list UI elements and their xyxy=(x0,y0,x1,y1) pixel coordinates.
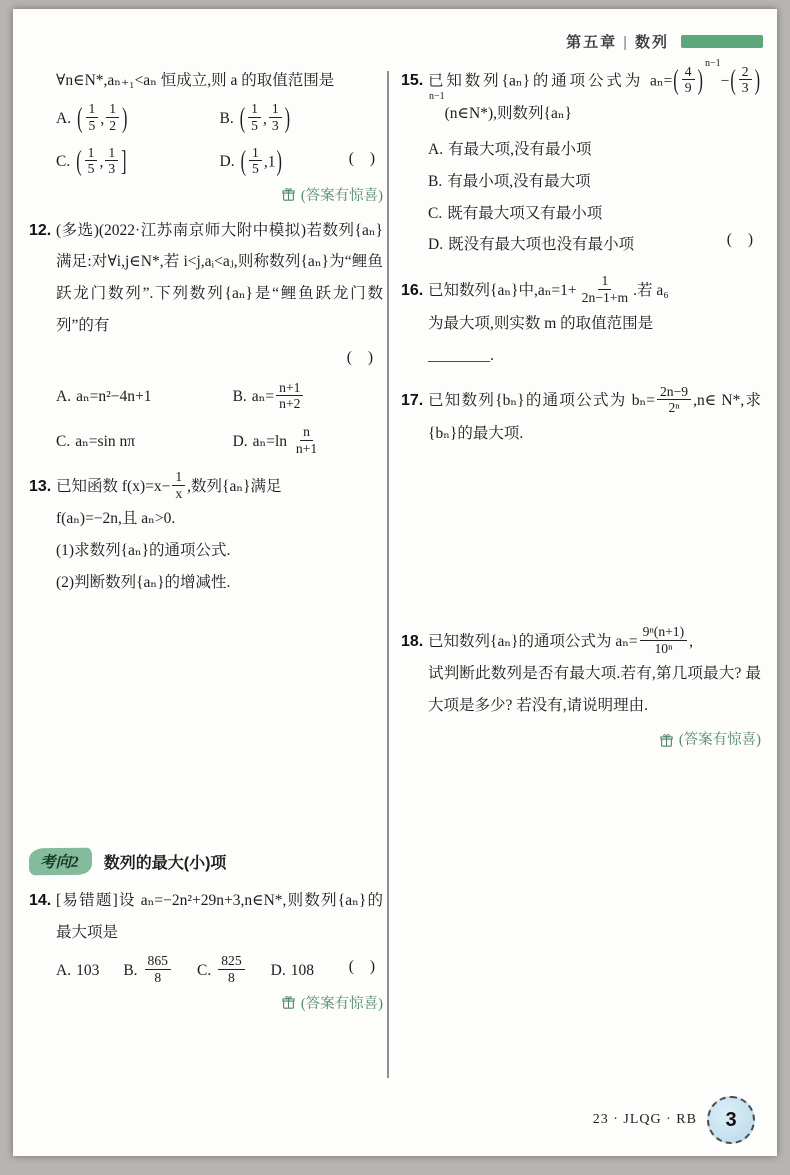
fraction: 9ⁿ(n+1)10ⁿ xyxy=(640,624,688,656)
problem-number: 14. xyxy=(29,885,56,917)
close-bracket: ] xyxy=(121,134,126,192)
problem-17: 17. 已知数列{bₙ}的通项公式为 bₙ=2n−92ⁿ,n∈ N*,求{bₙ}… xyxy=(401,385,761,449)
problem-number: 12. xyxy=(29,215,56,247)
answer-hint: (答案有惊喜) xyxy=(29,184,383,205)
option-text: aₙ=sin nπ xyxy=(75,433,135,450)
numerator: 1 xyxy=(248,101,261,118)
open-paren: ( xyxy=(241,134,246,192)
text: .若 a₆ xyxy=(633,282,669,299)
open-paren: ( xyxy=(673,52,678,110)
denominator: 10ⁿ xyxy=(651,641,675,657)
denominator: 5 xyxy=(85,161,98,177)
option-pre: aₙ= xyxy=(252,388,274,405)
header-accent-bar xyxy=(681,35,763,48)
problem-13-line1: 已知函数 f(x)=x−1x,数列{aₙ}满足 xyxy=(56,471,383,504)
numerator: 2 xyxy=(739,64,752,81)
exponent: n−1 xyxy=(429,91,445,102)
numerator: 1 xyxy=(85,145,98,162)
text: 已知数列{aₙ}中,aₙ=1+ xyxy=(428,282,577,299)
text: 已知数列{aₙ}的通项公式为 aₙ= xyxy=(428,633,638,650)
open-paren: ( xyxy=(76,134,81,192)
option-label: B. xyxy=(220,110,234,127)
option-text: 103 xyxy=(76,962,99,979)
problem-12-body: (多选)(2022·江苏南京师大附中模拟)若数列{aₙ}满足:对∀i,j∈N*,… xyxy=(56,215,383,459)
option-c: C.既有最大项又有最小项 xyxy=(428,198,761,230)
exponent: n−1 xyxy=(705,58,721,69)
problem-17-body: 已知数列{bₙ}的通项公式为 bₙ=2n−92ⁿ,n∈ N*,求{bₙ}的最大项… xyxy=(428,385,761,449)
option-d: D.108 xyxy=(271,955,314,987)
denominator: 8 xyxy=(151,970,164,986)
fraction: nn+1 xyxy=(293,424,320,456)
option-label: C. xyxy=(56,433,70,450)
chapter-label: 第五章 xyxy=(566,34,617,51)
fraction: 8658 xyxy=(145,953,171,985)
comma: , xyxy=(99,153,103,170)
option-label: A. xyxy=(56,388,71,405)
numerator: 1 xyxy=(106,101,119,118)
text: 已知函数 f(x)=x− xyxy=(56,478,170,495)
problem-12: 12. (多选)(2022·江苏南京师大附中模拟)若数列{aₙ}满足:对∀i,j… xyxy=(29,215,383,459)
problem-number: 18. xyxy=(401,626,428,658)
answer-paren: ( ) xyxy=(727,224,759,256)
option-text: 有最大项,没有最小项 xyxy=(448,141,591,158)
option-c: C.aₙ=sin nπ xyxy=(56,426,233,459)
numerator: n+1 xyxy=(276,380,303,397)
option-label: D. xyxy=(220,153,235,170)
period: . xyxy=(490,347,494,364)
problem-number: 16. xyxy=(401,275,428,307)
denominator: n+2 xyxy=(276,396,303,412)
problem-16-blank-line: ________. xyxy=(428,340,761,372)
left-column: ∀n∈N*,aₙ₊₁<aₙ 恒成立,则 a 的取值范围是 ( ) A.(15,1… xyxy=(29,61,383,1013)
option-text: 既没有最大项也没有最小项 xyxy=(448,236,634,253)
problem-14: 14. [易错题]设 aₙ=−2n²+29n+3,n∈N*,则数列{aₙ}的最大… xyxy=(29,885,383,987)
numerator: 4 xyxy=(682,64,695,81)
fraction: 13 xyxy=(269,101,282,133)
chapter-title: 第五章|数列 xyxy=(566,31,669,52)
option-b: B.aₙ=n+1n+2 xyxy=(233,381,383,414)
value-one: 1 xyxy=(268,153,276,170)
answer-hint-text: (答案有惊喜) xyxy=(679,726,761,756)
fraction: 13 xyxy=(105,145,118,177)
numerator: 1 xyxy=(598,273,611,290)
denominator: 5 xyxy=(249,161,262,177)
denominator: 3 xyxy=(105,161,118,177)
option-label: A. xyxy=(56,962,71,979)
option-b: B.有最小项,没有最大项 xyxy=(428,166,761,198)
option-label: D. xyxy=(271,962,286,979)
answer-hint-text: (答案有惊喜) xyxy=(301,992,383,1013)
problem-16-line2: 为最大项,则实数 m 的取值范围是 xyxy=(428,308,761,340)
answer-paren: ( ) xyxy=(56,342,383,374)
option-label: D. xyxy=(233,433,248,450)
page-number-badge: 3 xyxy=(707,1096,755,1144)
section-title: 数列的最大(小)项 xyxy=(104,850,227,873)
text: ,数列{aₙ}满足 xyxy=(187,478,281,495)
problem-14-options: A.103 B.8658 C.8258 D.108 xyxy=(56,955,383,988)
problem-13-body: 已知函数 f(x)=x−1x,数列{aₙ}满足 f(aₙ)=−2n,且 aₙ>0… xyxy=(56,471,383,599)
problem-14-body: [易错题]设 aₙ=−2n²+29n+3,n∈N*,则数列{aₙ}的最大项是 (… xyxy=(56,885,383,987)
close-paren: ) xyxy=(276,134,281,192)
denominator: x xyxy=(172,486,185,502)
option-text: aₙ=n²−4n+1 xyxy=(76,388,151,405)
gift-icon xyxy=(281,187,296,202)
option-a: A.aₙ=n²−4n+1 xyxy=(56,381,233,414)
option-text: 108 xyxy=(291,962,314,979)
section-label: 数列 xyxy=(635,34,669,51)
denominator: 2ⁿ xyxy=(665,400,682,416)
minus-sign: − xyxy=(721,72,730,89)
fraction: 1x xyxy=(172,469,185,501)
problem-11-body: ∀n∈N*,aₙ₊₁<aₙ 恒成立,则 a 的取值范围是 ( ) A.(15,1… xyxy=(56,65,383,180)
comma: , xyxy=(689,633,693,650)
answer-hint: (答案有惊喜) xyxy=(29,992,383,1013)
problem-12-text: (多选)(2022·江苏南京师大附中模拟)若数列{aₙ}满足:对∀i,j∈N*,… xyxy=(56,222,383,334)
problem-11-continued: ∀n∈N*,aₙ₊₁<aₙ 恒成立,则 a 的取值范围是 ( ) A.(15,1… xyxy=(29,65,383,180)
text: 已知数列{aₙ}的通项公式为 aₙ= xyxy=(428,72,672,89)
numerator: 2n−9 xyxy=(657,384,691,401)
denominator: 2n−1+m xyxy=(579,290,631,306)
option-d: D.aₙ=ln nn+1 xyxy=(233,426,383,459)
fraction: n+1n+2 xyxy=(276,380,303,412)
section-badge: 考向2 xyxy=(29,848,92,876)
book-page: 第五章|数列 ∀n∈N*,aₙ₊₁<aₙ 恒成立,则 a 的取值范围是 ( ) … xyxy=(13,9,777,1156)
gift-icon xyxy=(281,995,296,1010)
close-paren: ) xyxy=(698,52,703,110)
option-label: A. xyxy=(428,141,443,158)
denominator: 9 xyxy=(682,80,695,96)
option-pre: aₙ=ln xyxy=(253,433,291,450)
fraction: 12 xyxy=(106,101,119,133)
option-label: B. xyxy=(233,388,247,405)
option-text: 既有最大项又有最小项 xyxy=(447,205,602,222)
option-d: D.既没有最大项也没有最小项 xyxy=(428,229,761,261)
problem-16-body: 已知数列{aₙ}中,aₙ=1+12n−1+m.若 a₆ 为最大项,则实数 m 的… xyxy=(428,275,761,371)
problem-number: 15. xyxy=(401,65,428,97)
fraction: 23 xyxy=(739,64,752,96)
option-label: D. xyxy=(428,236,443,253)
denominator: 8 xyxy=(225,970,238,986)
problem-15-options: A.有最大项,没有最小项 B.有最小项,没有最大项 C.既有最大项又有最小项 D… xyxy=(428,134,761,261)
problem-13-item2: (2)判断数列{aₙ}的增减性. xyxy=(56,567,383,599)
option-label: C. xyxy=(428,205,442,222)
denominator: 3 xyxy=(269,118,282,134)
option-a: A.103 xyxy=(56,955,99,987)
option-label: B. xyxy=(123,962,137,979)
comma: , xyxy=(263,110,267,127)
answer-hint-text: (答案有惊喜) xyxy=(301,184,383,205)
numerator: n xyxy=(300,424,313,441)
problem-13: 13. 已知函数 f(x)=x−1x,数列{aₙ}满足 f(aₙ)=−2n,且 … xyxy=(29,471,383,599)
text: (n∈N*),则数列{aₙ} xyxy=(445,105,572,122)
chapter-header: 第五章|数列 xyxy=(566,31,763,52)
option-text: 有最小项,没有最大项 xyxy=(447,173,590,190)
denominator: 5 xyxy=(248,118,261,134)
numerator: 1 xyxy=(86,101,99,118)
fraction: 15 xyxy=(248,101,261,133)
problem-18-line2: 试判断此数列是否有最大项.若有,第几项最大? 最大项是多少? 若没有,请说明理由… xyxy=(428,658,761,722)
option-c: C.(15,13] xyxy=(56,146,220,179)
fraction: 15 xyxy=(85,145,98,177)
numerator: 1 xyxy=(269,101,282,118)
option-label: C. xyxy=(56,153,70,170)
problem-11-text: ∀n∈N*,aₙ₊₁<aₙ 恒成立,则 a 的取值范围是 xyxy=(56,72,334,89)
problem-16: 16. 已知数列{aₙ}中,aₙ=1+12n−1+m.若 a₆ 为最大项,则实数… xyxy=(401,275,761,371)
option-b: B.8658 xyxy=(123,955,173,988)
numerator: 865 xyxy=(145,953,171,970)
option-b: B.(15,13) xyxy=(220,103,384,136)
fraction: 15 xyxy=(86,101,99,133)
option-label: B. xyxy=(428,173,442,190)
answer-hint: (答案有惊喜) xyxy=(428,726,761,756)
open-paren: ( xyxy=(730,52,735,110)
denominator: 2 xyxy=(106,118,119,134)
text: 已知数列{bₙ}的通项公式为 bₙ= xyxy=(428,392,655,409)
fraction: 8258 xyxy=(218,953,244,985)
denominator: 3 xyxy=(739,80,752,96)
comma: , xyxy=(100,110,104,127)
problem-15: 15. 已知数列{aₙ}的通项公式为 aₙ=(49)n−1−(23)n−1(n∈… xyxy=(401,65,761,261)
numerator: 1 xyxy=(105,145,118,162)
option-a: A.(15,12) xyxy=(56,103,220,136)
fraction: 2n−92ⁿ xyxy=(657,384,691,416)
answer-paren: ( ) xyxy=(349,951,381,983)
right-column: 15. 已知数列{aₙ}的通项公式为 aₙ=(49)n−1−(23)n−1(n∈… xyxy=(401,61,761,756)
section-2-header: 考向2 数列的最大(小)项 xyxy=(29,848,383,875)
option-label: C. xyxy=(197,962,211,979)
problem-18-body: 已知数列{aₙ}的通项公式为 aₙ=9ⁿ(n+1)10ⁿ, 试判断此数列是否有最… xyxy=(428,626,761,756)
column-divider xyxy=(387,71,389,1078)
gift-icon xyxy=(659,733,674,748)
numerator: 9ⁿ(n+1) xyxy=(640,624,688,641)
problem-15-body: 已知数列{aₙ}的通项公式为 aₙ=(49)n−1−(23)n−1(n∈N*),… xyxy=(428,65,761,261)
option-c: C.8258 xyxy=(197,955,247,988)
problem-18: 18. 已知数列{aₙ}的通项公式为 aₙ=9ⁿ(n+1)10ⁿ, 试判断此数列… xyxy=(401,626,761,756)
problem-13-line2: f(aₙ)=−2n,且 aₙ>0. xyxy=(56,503,383,535)
problem-12-options: A.aₙ=n²−4n+1 B.aₙ=n+1n+2 C.aₙ=sin nπ D.a… xyxy=(56,381,383,458)
option-a: A.有最大项,没有最小项 xyxy=(428,134,761,166)
page-footer: 23 · JLQG · RB 3 xyxy=(593,1096,755,1144)
fraction: 12n−1+m xyxy=(579,273,631,305)
problem-number: 17. xyxy=(401,385,428,417)
footer-code: 23 · JLQG · RB xyxy=(593,1112,697,1128)
close-paren: ) xyxy=(285,90,290,148)
numerator: 1 xyxy=(172,469,185,486)
fraction: 15 xyxy=(249,145,262,177)
problem-13-item1: (1)求数列{aₙ}的通项公式. xyxy=(56,535,383,567)
fraction: 49 xyxy=(682,64,695,96)
numerator: 1 xyxy=(249,145,262,162)
problem-14-text: [易错题]设 aₙ=−2n²+29n+3,n∈N*,则数列{aₙ}的最大项是 xyxy=(56,892,383,941)
denominator: 5 xyxy=(86,118,99,134)
denominator: n+1 xyxy=(293,441,320,457)
option-label: A. xyxy=(56,110,71,127)
answer-paren: ( ) xyxy=(349,143,381,175)
answer-blank: ________ xyxy=(428,347,490,364)
close-paren: ) xyxy=(755,52,760,110)
problem-number: 13. xyxy=(29,471,56,503)
numerator: 825 xyxy=(218,953,244,970)
problem-11-options: A.(15,12) B.(15,13) C.(15,13] D.(15,1) xyxy=(56,103,383,180)
header-divider: | xyxy=(617,34,635,51)
